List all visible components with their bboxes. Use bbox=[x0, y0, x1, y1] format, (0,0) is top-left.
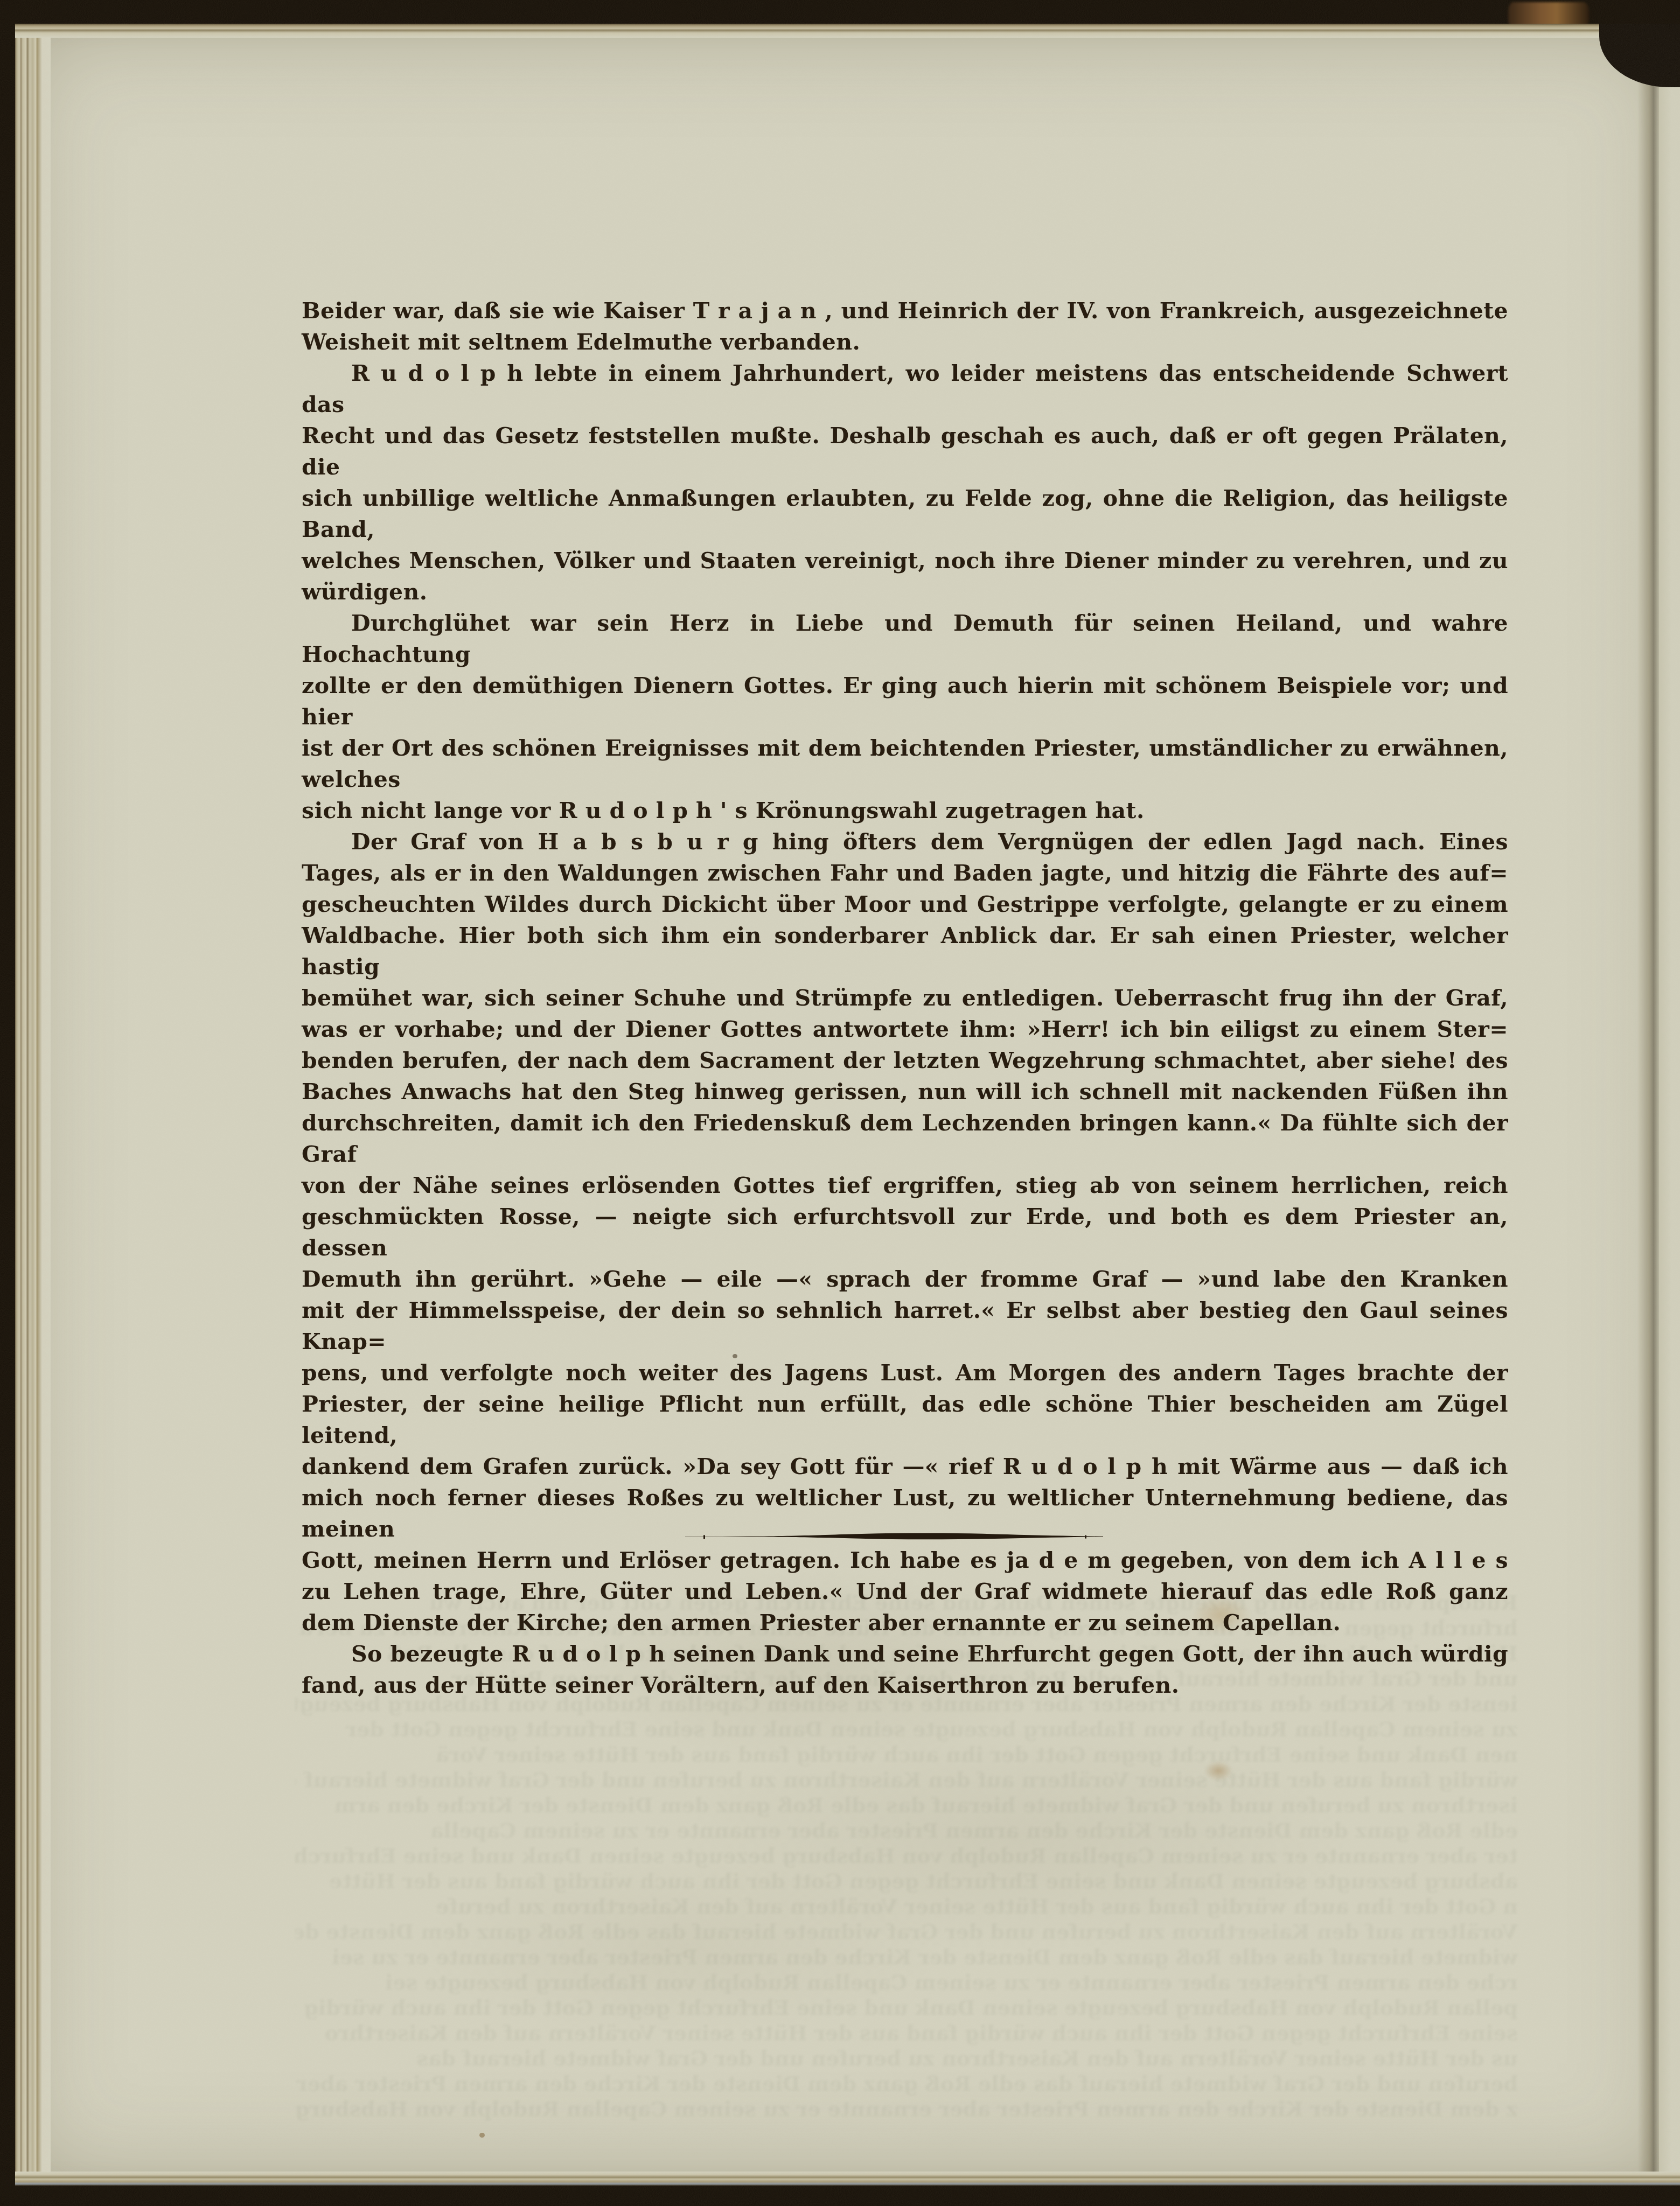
text-line: würdigen. bbox=[302, 576, 1508, 608]
text-line: Priester, der seine heilige Pflicht nun … bbox=[302, 1388, 1508, 1451]
showthrough-line: zu seinem Capellan Rudolph von Habsburg … bbox=[295, 1716, 1518, 1742]
showthrough-line: berufen und der Graf widmete hierauf das… bbox=[295, 2071, 1518, 2096]
text-line: zu Lehen trage, Ehre, Güter und Leben.« … bbox=[302, 1576, 1508, 1607]
showthrough-line: würdig fand aus der Hütte seiner Vorälte… bbox=[295, 1767, 1518, 1792]
text-line: bemühet war, sich seiner Schuhe und Strü… bbox=[302, 982, 1508, 1014]
page-gutter-shadow bbox=[1637, 24, 1659, 2186]
showthrough-line: widmete hierauf das edle Roß ganz dem Di… bbox=[295, 1944, 1518, 1970]
showthrough-line: absburg bezeugte seinen Dank und seine E… bbox=[295, 1868, 1518, 1894]
text-line: Tages, als er in den Waldungen zwischen … bbox=[302, 857, 1508, 889]
showthrough-line: ter aber ernannte er zu seinem Capellan … bbox=[295, 1843, 1518, 1868]
text-line: benden berufen, der nach dem Sacrament d… bbox=[302, 1045, 1508, 1076]
showthrough-line: seine Ehrfurcht gegen Gott der ihn auch … bbox=[295, 2020, 1518, 2046]
page-stack-edges-top bbox=[15, 24, 1680, 38]
text-line: Baches Anwachs hat den Steg hinweg geris… bbox=[302, 1076, 1508, 1107]
text-line: von der Nähe seines erlösenden Gottes ti… bbox=[302, 1170, 1508, 1201]
showthrough-line: iserthron zu berufen und der Graf widmet… bbox=[295, 1792, 1518, 1818]
paper-stain bbox=[1204, 1761, 1232, 1781]
page-stack-edges-left bbox=[15, 24, 51, 2186]
text-line: So bezeugte R u d o l p h seinen Dank un… bbox=[302, 1638, 1508, 1670]
text-line: sich nicht lange vor R u d o l p h ' s K… bbox=[302, 795, 1508, 826]
text-line: Weisheit mit seltnem Edelmuthe verbanden… bbox=[302, 326, 1508, 358]
text-line: sich unbillige weltliche Anmaßungen erla… bbox=[302, 483, 1508, 545]
text-line: Durchglühet war sein Herz in Liebe und D… bbox=[302, 608, 1508, 670]
text-line: was er vorhabe; und der Diener Gottes an… bbox=[302, 1014, 1508, 1045]
adjacent-page-edge bbox=[1659, 24, 1680, 2186]
text-line: R u d o l p h lebte in einem Jahrhundert… bbox=[302, 358, 1508, 420]
showthrough-line: nen Dank und seine Ehrfurcht gegen Gott … bbox=[295, 1742, 1518, 1767]
text-line: geschmückten Rosse, — neigte sich erfurc… bbox=[302, 1201, 1508, 1263]
book-page: Rudolph von Habsburg bezeugte seinen Dan… bbox=[15, 24, 1680, 2186]
section-divider-rule bbox=[684, 1532, 1104, 1542]
text-line: zollte er den demüthigen Dienern Gottes.… bbox=[302, 670, 1508, 732]
showthrough-line: rche den armen Priester aber ernannte er… bbox=[295, 1970, 1518, 1995]
text-line: Waldbache. Hier both sich ihm ein sonder… bbox=[302, 920, 1508, 982]
text-line: ist der Ort des schönen Ereignisses mit … bbox=[302, 732, 1508, 795]
text-block: Beider war, daß sie wie Kaiser T r a j a… bbox=[302, 295, 1508, 1701]
text-line: mit der Himmelsspeise, der dein so sehnl… bbox=[302, 1295, 1508, 1357]
photograph-backdrop: { "document": { "language": "de", "scrip… bbox=[0, 0, 1680, 2206]
text-line: dankend dem Grafen zurück. »Da sey Gott … bbox=[302, 1451, 1508, 1482]
paper-speck bbox=[479, 2133, 485, 2138]
text-line: Gott, meinen Herrn und Erlöser getragen.… bbox=[302, 1545, 1508, 1576]
showthrough-line: pellan Rudolph von Habsburg bezeugte sei… bbox=[295, 1995, 1518, 2020]
text-line: gescheuchten Wildes durch Dickicht über … bbox=[302, 889, 1508, 920]
page-corner-shadow bbox=[1599, 24, 1680, 87]
showthrough-line: us der Hütte seiner Vorältern auf den Ka… bbox=[295, 2046, 1518, 2071]
text-line: fand, aus der Hütte seiner Vorältern, au… bbox=[302, 1670, 1508, 1701]
text-line: dem Dienste der Kirche; den armen Priest… bbox=[302, 1607, 1508, 1638]
text-line: Demuth ihn gerührt. »Gehe — eile —« spra… bbox=[302, 1263, 1508, 1295]
showthrough-line: Vorältern auf den Kaiserthron zu berufen… bbox=[295, 1919, 1518, 1944]
showthrough-line: edle Roß ganz dem Dienste der Kirche den… bbox=[295, 1818, 1518, 1843]
text-line: durchschreiten, damit ich den Friedensku… bbox=[302, 1107, 1508, 1170]
text-line: Der Graf von H a b s b u r g hing öfters… bbox=[302, 826, 1508, 857]
text-line: pens, und verfolgte noch weiter des Jage… bbox=[302, 1357, 1508, 1388]
showthrough-line: n Gott der ihn auch würdig fand aus der … bbox=[295, 1894, 1518, 1919]
text-line: Recht und das Gesetz feststellen mußte. … bbox=[302, 420, 1508, 483]
text-line: welches Menschen, Völker und Staaten ver… bbox=[302, 545, 1508, 576]
page-stack-edges-bottom bbox=[15, 2172, 1680, 2186]
text-line: Beider war, daß sie wie Kaiser T r a j a… bbox=[302, 295, 1508, 326]
showthrough-line: z dem Dienste der Kirche den armen Pries… bbox=[295, 2096, 1518, 2121]
